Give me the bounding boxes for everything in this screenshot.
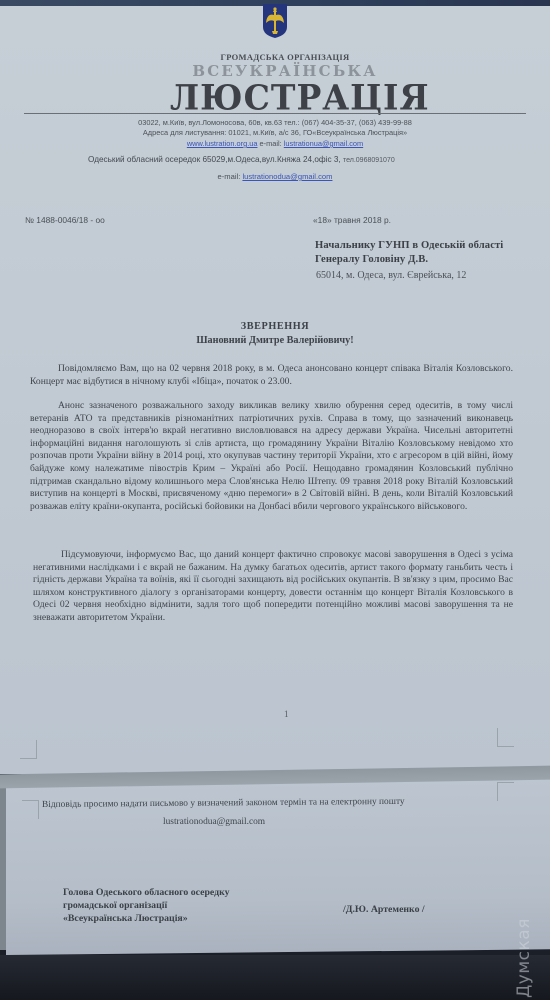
signatory-title-line-3: «Всеукраїнська Люстрація» (63, 913, 188, 924)
odessa-email-line: e-mail: lustrationodua@gmail.com (25, 172, 525, 181)
source-watermark: Думская (514, 918, 534, 998)
signatory-title-line-2: громадської організації (63, 900, 167, 911)
page-corner-mark (20, 740, 37, 759)
screen-bezel-bottom (0, 955, 550, 1000)
org-email-link[interactable]: lustrationua@gmail.com (284, 139, 363, 148)
odessa-branch-address: Одеський обласний осередок 65029,м.Одеса… (88, 155, 341, 164)
recipient-address: 65014, м. Одеса, вул. Єврейська, 12 (316, 270, 466, 281)
org-type: ГРОМАДСЬКА ОРГАНІЗАЦІЯ (200, 52, 370, 62)
odessa-email-link[interactable]: lustrationodua@gmail.com (242, 172, 332, 181)
letter-salutation: Шановний Дмитре Валерійовичу! (0, 335, 550, 346)
website-link[interactable]: www.lustration.org.ua (187, 139, 258, 148)
page-corner-mark (22, 800, 39, 819)
paragraph-3: Підсумовуючи, інформуємо Вас, що даний к… (33, 549, 513, 625)
signatory-title-line-1: Голова Одеського обласного осередку (63, 887, 229, 898)
letter-title: ЗВЕРНЕННЯ (0, 321, 550, 332)
signatory-name: /Д.Ю. Артеменко / (343, 904, 425, 915)
reference-number: № 1488-0046/18 - оо (25, 215, 105, 225)
org-address: 03022, м.Київ, вул.Ломоносова, 60в, кв.6… (25, 118, 525, 127)
paragraph-1: Повідомляємо Вам, що на 02 червня 2018 р… (30, 363, 513, 388)
page-corner-mark (497, 728, 514, 747)
paragraph-1-text: Повідомляємо Вам, що на 02 червня 2018 р… (30, 363, 513, 387)
paragraph-2-text: Анонс зазначеного розважального заходу в… (30, 400, 513, 512)
org-name-line2: ЛЮСТРАЦІЯ (170, 77, 390, 118)
recipient-name: Генералу Головіну Д.В. (315, 254, 428, 265)
recipient-position: Начальнику ГУНП в Одеській області (315, 240, 503, 251)
odessa-branch-line: Одеський обласний осередок 65029,м.Одеса… (88, 155, 395, 164)
reply-email: lustrationodua@gmail.com (163, 817, 265, 827)
page-corner-mark (497, 782, 514, 801)
odessa-email-label: e-mail: (218, 172, 241, 181)
org-web-email-line: www.lustration.org.ua e-mail: lustration… (25, 139, 525, 148)
email-label: e-mail: (260, 139, 282, 148)
paragraph-2: Анонс зазначеного розважального заходу в… (30, 400, 513, 513)
letterhead-divider (24, 113, 526, 114)
org-mailing-address: Адреса для листування: 01021, м.Київ, а/… (25, 128, 525, 137)
paragraph-3-text: Підсумовуючи, інформуємо Вас, що даний к… (33, 549, 513, 623)
coat-of-arms-archangel-icon (262, 3, 288, 39)
letter-date: «18» травня 2018 р. (313, 215, 391, 225)
odessa-branch-phone: тел.0968091070 (343, 157, 395, 164)
page-number: 1 (284, 709, 289, 719)
